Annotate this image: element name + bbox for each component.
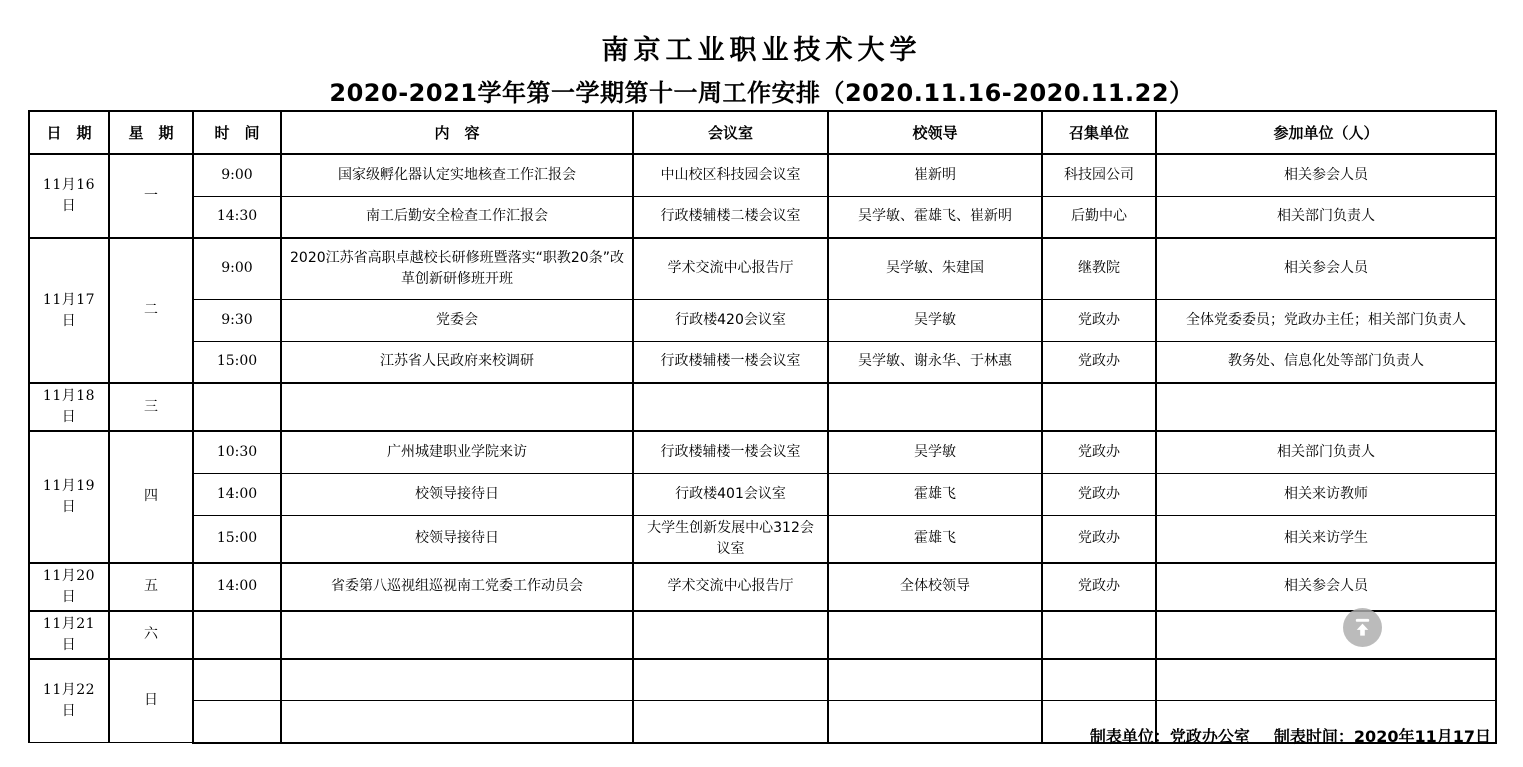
header-row: 日 期 星 期 时 间 内 容 会议室 校领导 召集单位 参加单位（人） xyxy=(29,111,1496,154)
unit-cell: 党政办 xyxy=(1042,563,1156,611)
content-cell xyxy=(281,611,633,659)
time-cell xyxy=(193,383,281,431)
participants-cell: 相关来访教师 xyxy=(1156,473,1496,515)
date-cell: 11月20日 xyxy=(29,563,109,611)
time-cell: 9:00 xyxy=(193,238,281,299)
leaders-cell: 吴学敏、朱建国 xyxy=(828,238,1042,299)
content-cell xyxy=(281,659,633,701)
unit-cell: 党政办 xyxy=(1042,341,1156,383)
date-cell: 11月17日 xyxy=(29,238,109,383)
column-header-leaders: 校领导 xyxy=(828,111,1042,154)
unit-cell: 党政办 xyxy=(1042,473,1156,515)
table-row: 11月19日 四 10:30 广州城建职业学院来访 行政楼辅楼一楼会议室 吴学敏… xyxy=(29,431,1496,473)
leaders-cell: 吴学敏、霍雄飞、崔新明 xyxy=(828,196,1042,238)
unit-cell: 党政办 xyxy=(1042,431,1156,473)
leaders-cell: 霍雄飞 xyxy=(828,473,1042,515)
room-cell: 行政楼辅楼二楼会议室 xyxy=(633,196,828,238)
leaders-cell xyxy=(828,611,1042,659)
leaders-cell xyxy=(828,659,1042,701)
leaders-cell xyxy=(828,383,1042,431)
column-header-weekday: 星 期 xyxy=(109,111,193,154)
content-cell: 广州城建职业学院来访 xyxy=(281,431,633,473)
unit-cell: 党政办 xyxy=(1042,515,1156,563)
table-row: 15:00 校领导接待日 大学生创新发展中心312会议室 霍雄飞 党政办 相关来… xyxy=(29,515,1496,563)
footer-time-label: 制表时间：2020年11月17日 xyxy=(1274,727,1491,746)
weekday-cell: 五 xyxy=(109,563,193,611)
content-cell: 2020江苏省高职卓越校长研修班暨落实“职教20条”改革创新研修班开班 xyxy=(281,238,633,299)
weekday-cell: 二 xyxy=(109,238,193,383)
column-header-participants: 参加单位（人） xyxy=(1156,111,1496,154)
content-cell: 国家级孵化器认定实地核查工作汇报会 xyxy=(281,154,633,196)
leaders-cell: 吴学敏 xyxy=(828,299,1042,341)
schedule-table: 日 期 星 期 时 间 内 容 会议室 校领导 召集单位 参加单位（人） 11月… xyxy=(28,110,1497,744)
column-header-date: 日 期 xyxy=(29,111,109,154)
time-cell: 14:00 xyxy=(193,473,281,515)
column-header-time: 时 间 xyxy=(193,111,281,154)
content-cell: 党委会 xyxy=(281,299,633,341)
participants-cell: 相关部门负责人 xyxy=(1156,196,1496,238)
date-cell: 11月21日 xyxy=(29,611,109,659)
weekday-cell: 日 xyxy=(109,659,193,743)
weekday-cell: 四 xyxy=(109,431,193,563)
weekday-cell: 一 xyxy=(109,154,193,238)
table-row: 11月16日 一 9:00 国家级孵化器认定实地核查工作汇报会 中山校区科技园会… xyxy=(29,154,1496,196)
time-cell: 10:30 xyxy=(193,431,281,473)
unit-cell: 党政办 xyxy=(1042,299,1156,341)
content-cell: 南工后勤安全检查工作汇报会 xyxy=(281,196,633,238)
table-row: 15:00 江苏省人民政府来校调研 行政楼辅楼一楼会议室 吴学敏、谢永华、于林惠… xyxy=(29,341,1496,383)
room-cell: 行政楼420会议室 xyxy=(633,299,828,341)
table-row: 14:30 南工后勤安全检查工作汇报会 行政楼辅楼二楼会议室 吴学敏、霍雄飞、崔… xyxy=(29,196,1496,238)
time-cell: 9:00 xyxy=(193,154,281,196)
time-cell xyxy=(193,701,281,743)
leaders-cell: 吴学敏 xyxy=(828,431,1042,473)
room-cell: 大学生创新发展中心312会议室 xyxy=(633,515,828,563)
time-cell xyxy=(193,659,281,701)
leaders-cell: 崔新明 xyxy=(828,154,1042,196)
footer-unit-label: 制表单位：党政办公室 xyxy=(1090,727,1250,746)
table-row: 11月20日 五 14:00 省委第八巡视组巡视南工党委工作动员会 学术交流中心… xyxy=(29,563,1496,611)
time-cell: 15:00 xyxy=(193,515,281,563)
date-cell: 11月16日 xyxy=(29,154,109,238)
unit-cell: 继教院 xyxy=(1042,238,1156,299)
room-cell: 中山校区科技园会议室 xyxy=(633,154,828,196)
content-cell xyxy=(281,701,633,743)
unit-cell: 后勤中心 xyxy=(1042,196,1156,238)
time-cell: 14:00 xyxy=(193,563,281,611)
room-cell: 学术交流中心报告厅 xyxy=(633,563,828,611)
footer-credit: 制表单位：党政办公室制表时间：2020年11月17日 xyxy=(1090,724,1491,747)
unit-cell xyxy=(1042,611,1156,659)
participants-cell: 相关部门负责人 xyxy=(1156,431,1496,473)
room-cell xyxy=(633,701,828,743)
back-to-top-icon xyxy=(1351,616,1374,639)
back-to-top-button[interactable] xyxy=(1343,608,1382,647)
unit-cell xyxy=(1042,659,1156,701)
participants-cell: 相关来访学生 xyxy=(1156,515,1496,563)
time-cell: 9:30 xyxy=(193,299,281,341)
room-cell xyxy=(633,611,828,659)
participants-cell xyxy=(1156,611,1496,659)
weekday-cell: 六 xyxy=(109,611,193,659)
content-cell: 校领导接待日 xyxy=(281,473,633,515)
column-header-unit: 召集单位 xyxy=(1042,111,1156,154)
room-cell: 行政楼401会议室 xyxy=(633,473,828,515)
leaders-cell: 全体校领导 xyxy=(828,563,1042,611)
participants-cell: 相关参会人员 xyxy=(1156,563,1496,611)
time-cell xyxy=(193,611,281,659)
time-cell: 15:00 xyxy=(193,341,281,383)
leaders-cell xyxy=(828,701,1042,743)
room-cell xyxy=(633,383,828,431)
room-cell: 学术交流中心报告厅 xyxy=(633,238,828,299)
participants-cell xyxy=(1156,383,1496,431)
unit-cell: 科技园公司 xyxy=(1042,154,1156,196)
unit-cell xyxy=(1042,383,1156,431)
room-cell: 行政楼辅楼一楼会议室 xyxy=(633,431,828,473)
room-cell xyxy=(633,659,828,701)
participants-cell: 相关参会人员 xyxy=(1156,238,1496,299)
date-cell: 11月19日 xyxy=(29,431,109,563)
date-cell: 11月22日 xyxy=(29,659,109,743)
content-cell xyxy=(281,383,633,431)
room-cell: 行政楼辅楼一楼会议室 xyxy=(633,341,828,383)
participants-cell: 教务处、信息化处等部门负责人 xyxy=(1156,341,1496,383)
leaders-cell: 霍雄飞 xyxy=(828,515,1042,563)
participants-cell: 相关参会人员 xyxy=(1156,154,1496,196)
date-cell: 11月18日 xyxy=(29,383,109,431)
table-row: 11月22日 日 xyxy=(29,659,1496,701)
table-row: 11月18日 三 xyxy=(29,383,1496,431)
column-header-room: 会议室 xyxy=(633,111,828,154)
content-cell: 省委第八巡视组巡视南工党委工作动员会 xyxy=(281,563,633,611)
table-row: 11月21日 六 xyxy=(29,611,1496,659)
table-row: 11月17日 二 9:00 2020江苏省高职卓越校长研修班暨落实“职教20条”… xyxy=(29,238,1496,299)
page-title: 南京工业职业技术大学 xyxy=(0,28,1523,67)
content-cell: 江苏省人民政府来校调研 xyxy=(281,341,633,383)
time-cell: 14:30 xyxy=(193,196,281,238)
table-row: 9:30 党委会 行政楼420会议室 吴学敏 党政办 全体党委委员；党政办主任；… xyxy=(29,299,1496,341)
column-header-content: 内 容 xyxy=(281,111,633,154)
page-subtitle: 2020-2021学年第一学期第十一周工作安排（2020.11.16-2020.… xyxy=(0,73,1523,108)
weekday-cell: 三 xyxy=(109,383,193,431)
participants-cell: 全体党委委员；党政办主任；相关部门负责人 xyxy=(1156,299,1496,341)
table-row: 14:00 校领导接待日 行政楼401会议室 霍雄飞 党政办 相关来访教师 xyxy=(29,473,1496,515)
leaders-cell: 吴学敏、谢永华、于林惠 xyxy=(828,341,1042,383)
content-cell: 校领导接待日 xyxy=(281,515,633,563)
participants-cell xyxy=(1156,659,1496,701)
